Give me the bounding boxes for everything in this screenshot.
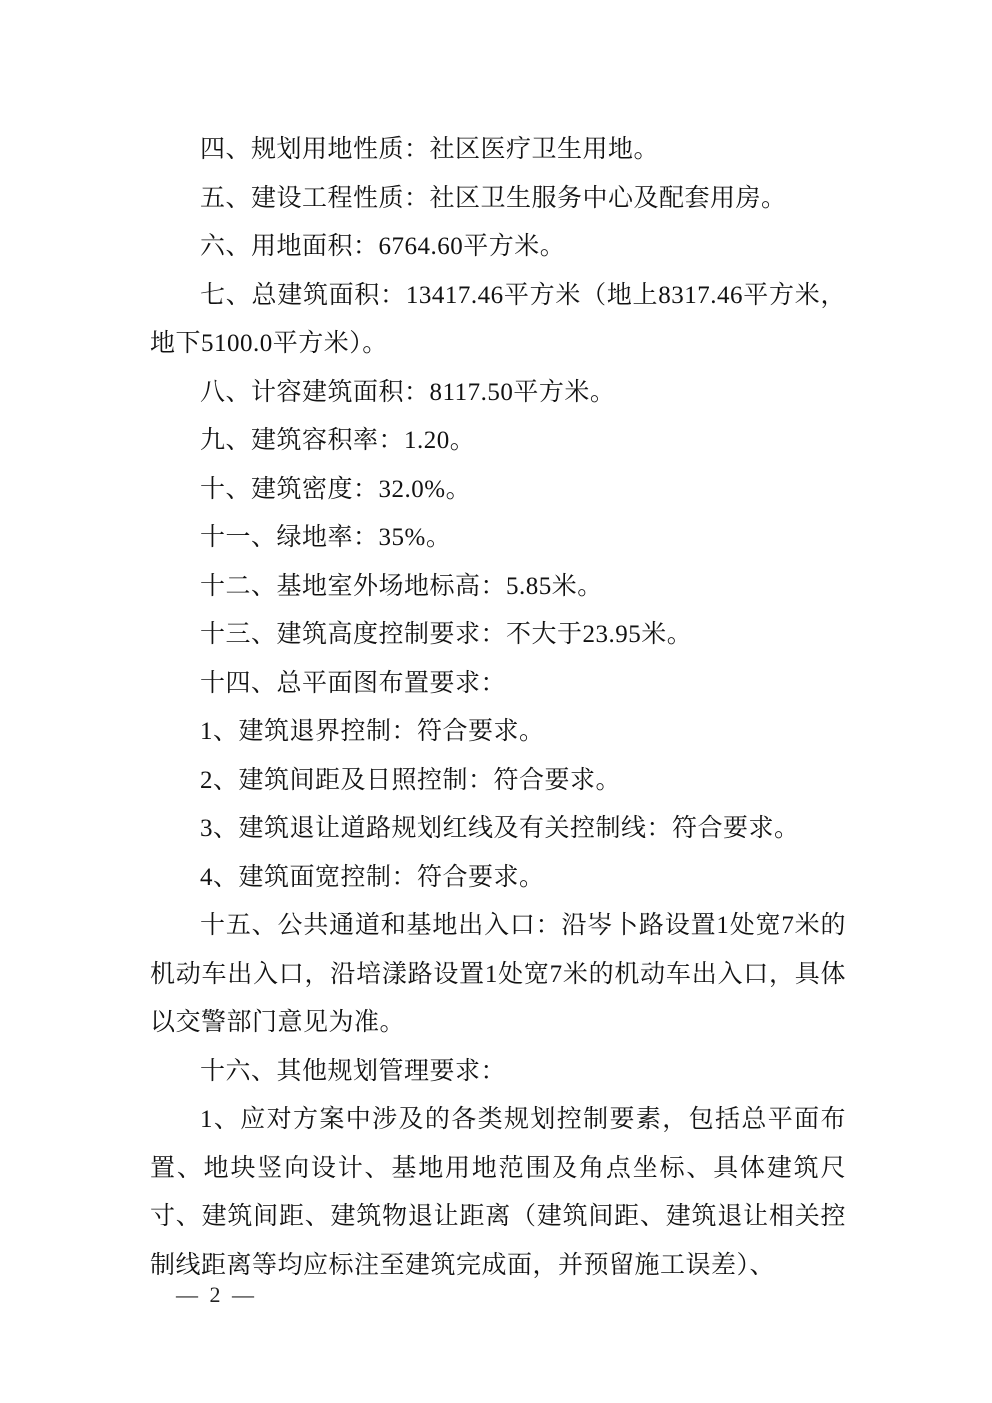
clause-12-site-elevation: 十二、基地室外场地标高：5.85米。: [150, 563, 846, 612]
clause-5-project-nature: 五、建设工程性质：社区卫生服务中心及配套用房。: [150, 175, 846, 224]
clause-9-plot-ratio: 九、建筑容积率：1.20。: [150, 417, 846, 466]
clause-14-item-2-spacing-sunlight: 2、建筑间距及日照控制：符合要求。: [150, 757, 846, 806]
clause-16-item-1-control-elements: 1、应对方案中涉及的各类规划控制要素，包括总平面布置、地块竖向设计、基地用地范围…: [150, 1096, 846, 1290]
clause-14-item-3-red-line-setback: 3、建筑退让道路规划红线及有关控制线：符合要求。: [150, 805, 846, 854]
clause-6-land-area: 六、用地面积：6764.60平方米。: [150, 223, 846, 272]
page-number: — 2 —: [176, 1282, 257, 1308]
clause-10-building-density: 十、建筑密度：32.0%。: [150, 466, 846, 515]
clause-8-countable-floor-area: 八、计容建筑面积：8117.50平方米。: [150, 369, 846, 418]
clause-14-item-4-width-control: 4、建筑面宽控制：符合要求。: [150, 854, 846, 903]
clause-13-height-control: 十三、建筑高度控制要求：不大于23.95米。: [150, 611, 846, 660]
document-body: 四、规划用地性质：社区医疗卫生用地。 五、建设工程性质：社区卫生服务中心及配套用…: [150, 126, 846, 1290]
clause-16-other-requirements: 十六、其他规划管理要求：: [150, 1048, 846, 1097]
clause-4-land-use-nature: 四、规划用地性质：社区医疗卫生用地。: [150, 126, 846, 175]
document-page: 四、规划用地性质：社区医疗卫生用地。 五、建设工程性质：社区卫生服务中心及配套用…: [0, 0, 992, 1403]
clause-15-access-entrances: 十五、公共通道和基地出入口：沿岑卜路设置1处宽7米的机动车出入口，沿培漾路设置1…: [150, 902, 846, 1048]
clause-14-item-1-setback: 1、建筑退界控制：符合要求。: [150, 708, 846, 757]
clause-7-total-floor-area: 七、总建筑面积：13417.46平方米（地上8317.46平方米，地下5100.…: [150, 272, 846, 369]
clause-14-site-plan-requirements: 十四、总平面图布置要求：: [150, 660, 846, 709]
clause-11-green-ratio: 十一、绿地率：35%。: [150, 514, 846, 563]
